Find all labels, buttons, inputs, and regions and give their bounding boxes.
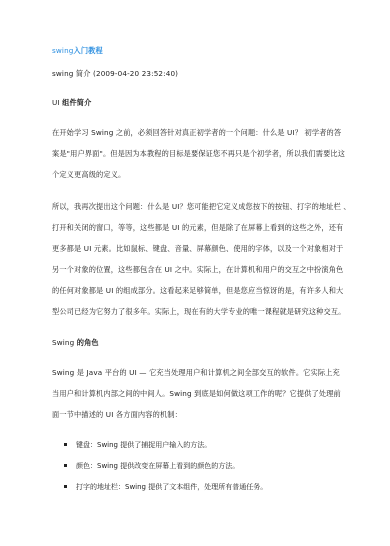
bullet-icon bbox=[64, 464, 67, 467]
paragraph-line: 另一个对象的位置，这些都包含在 UI 之中。实际上，在计算机和用户的交互之中扮演… bbox=[52, 265, 343, 275]
section-heading-ui-components: UI 组件简介 bbox=[52, 98, 91, 108]
heading-prefix: UI bbox=[52, 98, 60, 107]
bullet-icon bbox=[64, 443, 67, 446]
paragraph-line: 案是"用户界面"。但是因为本教程的目标是要保证您不再只是个初学者，所以我们需要比… bbox=[52, 149, 345, 159]
heading-text: 的角色 bbox=[77, 338, 99, 347]
bullet-icon bbox=[64, 485, 67, 488]
paragraph-line: Swing 是 Java 平台的 UI — 它充当处理用户和计算机之间全部交互的… bbox=[52, 368, 340, 378]
heading-prefix: Swing bbox=[52, 338, 74, 347]
paragraph-line: 型公司已经为它努力了很多年。实际上，现在有的大学专业的唯一课程就是研究这种交互。 bbox=[52, 307, 346, 317]
heading-text: 组件简介 bbox=[62, 98, 91, 107]
bullet-text: 打字的地址栏：Swing 提供了文本组件，处理所有普通任务。 bbox=[76, 483, 267, 491]
paragraph-line: 个定义更高级的定义。 bbox=[52, 170, 125, 180]
document-subtitle: swing 简介 (2009-04-20 23:52:40) bbox=[52, 69, 178, 79]
paragraph-line: 打开和关闭的窗口，等等，这些都是 UI 的元素，但是除了在屏幕上看到的这些之外，… bbox=[52, 223, 343, 233]
title-text: 入门教程 bbox=[74, 46, 103, 55]
section-heading-swing-role: Swing 的角色 bbox=[52, 338, 99, 348]
document-page: swing入门教程 swing 简介 (2009-04-20 23:52:40)… bbox=[0, 0, 390, 546]
bullet-item: 键盘：Swing 提供了捕捉用户输入的方法。 bbox=[64, 440, 211, 450]
title-prefix: swing bbox=[52, 46, 74, 55]
bullet-text: 颜色：Swing 提供改变在屏幕上看到的颜色的方法。 bbox=[76, 462, 239, 470]
paragraph-line: 更多都是 UI 元素。比如鼠标、键盘、音量、屏幕颜色、使用的字体，以及一个对象相… bbox=[52, 244, 343, 254]
paragraph-line: 在开始学习 Swing 之前，必须回答针对真正初学者的一个问题：什么是 UI？ … bbox=[52, 128, 341, 138]
document-title[interactable]: swing入门教程 bbox=[52, 46, 103, 56]
bullet-text: 键盘：Swing 提供了捕捉用户输入的方法。 bbox=[76, 441, 211, 449]
bullet-item: 打字的地址栏：Swing 提供了文本组件，处理所有普通任务。 bbox=[64, 482, 267, 492]
paragraph-line: 当用户和计算机内部之间的中间人。Swing 到底是如何做这项工作的呢？它提供了处… bbox=[52, 389, 341, 399]
paragraph-line: 所以，我再次提出这个问题：什么是 UI？您可能把它定义成您按下的按钮、打字的地址… bbox=[52, 202, 351, 212]
paragraph-line: 的任何对象都是 UI 的组成部分。这看起来足够简单，但是您应当惊讶的是，有许多人… bbox=[52, 286, 343, 296]
bullet-item: 颜色：Swing 提供改变在屏幕上看到的颜色的方法。 bbox=[64, 461, 239, 471]
paragraph-line: 面一节中描述的 UI 各方面内容的机制： bbox=[52, 410, 182, 420]
